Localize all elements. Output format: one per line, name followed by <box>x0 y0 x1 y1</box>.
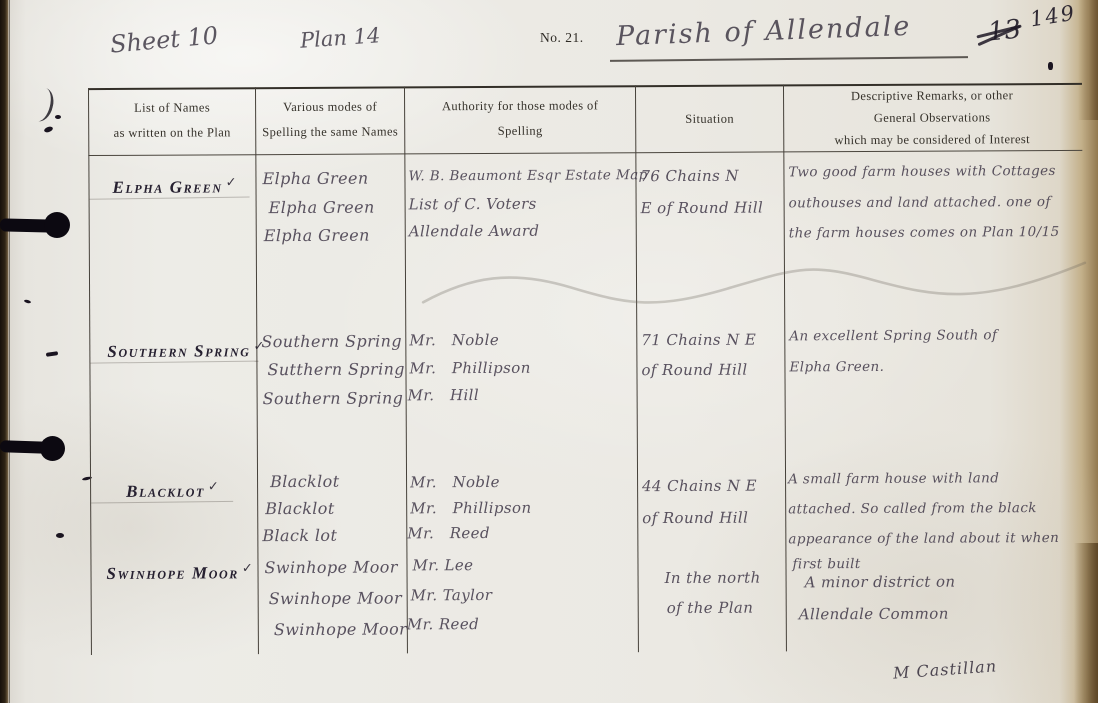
header-line: Spelling <box>408 118 632 144</box>
header-line: General Observations <box>788 107 1076 130</box>
situation-entry: 76 Chains N <box>640 167 738 186</box>
check-mark: ✓ <box>208 479 221 494</box>
authority-entry: Mr. Lee <box>412 556 473 574</box>
remarks-line: Allendale Common <box>799 605 949 624</box>
authority-entry: Mr. Phillipson <box>410 499 531 518</box>
authority-entry: Mr. Reed <box>407 615 479 633</box>
check-mark: ✓ <box>242 561 255 576</box>
spelling-entry: Black lot <box>262 526 337 545</box>
place-name: Blacklot✓ <box>126 479 220 501</box>
situation-entry: E of Round Hill <box>641 199 764 218</box>
authority-entry: Mr. Reed <box>407 524 490 542</box>
header-authority-column: Authority for those modes of Spelling <box>408 93 632 144</box>
check-mark: ✓ <box>226 175 239 190</box>
spelling-entry: Elpha Green <box>269 198 375 218</box>
remarks-line: the farm houses comes on Plan 10/15 <box>789 224 1060 241</box>
authority-entry: List of C. Voters <box>409 195 537 214</box>
spelling-entry: Blacklot <box>265 499 335 518</box>
header-line: List of Names <box>92 95 252 121</box>
remarks-line: attached. So called from the black <box>788 500 1037 517</box>
spelling-entry: Southern Spring <box>263 388 404 408</box>
situation-entry: In the north <box>665 569 761 588</box>
spelling-entry: Sutthern Spring <box>267 359 405 379</box>
authority-entry: Mr. Noble <box>410 473 500 491</box>
spelling-entry: Swinhope Moor <box>274 619 407 639</box>
spelling-entry: Swinhope Moor <box>264 557 397 577</box>
situation-entry: of the Plan <box>667 599 754 617</box>
remarks-line: Elpha Green. <box>789 359 884 375</box>
column-divider <box>783 84 787 651</box>
place-name-text: Blacklot <box>126 481 205 500</box>
header-remarks-column: Descriptive Remarks, or other General Ob… <box>788 85 1076 152</box>
situation-entry: of Round Hill <box>641 361 747 380</box>
spelling-entry: Elpha Green <box>264 226 370 246</box>
spelling-entry: Southern Spring <box>261 331 402 351</box>
header-line: Spelling the same Names <box>258 119 402 145</box>
place-name: Elpha Green✓ <box>112 175 238 198</box>
authority-entry: Mr. Noble <box>409 331 499 349</box>
situation-entry: 71 Chains N E <box>641 331 756 350</box>
remarks-line: Two good farm houses with Cottages <box>788 163 1055 180</box>
flourish-line <box>421 253 1089 316</box>
table-border-left <box>88 88 92 655</box>
situation-entry: of Round Hill <box>642 509 748 528</box>
header-line: Descriptive Remarks, or other <box>788 85 1076 108</box>
authority-entry: Allendale Award <box>409 222 540 241</box>
remarks-line: A small farm house with land <box>788 470 999 487</box>
spelling-entry: Blacklot <box>270 472 340 491</box>
authority-entry: Mr. Hill <box>408 386 480 404</box>
situation-entry: 44 Chains N E <box>642 477 757 496</box>
place-name-text: Southern Spring <box>107 341 250 361</box>
header-spelling-column: Various modes of Spelling the same Names <box>258 94 402 145</box>
name-underline <box>91 501 233 504</box>
remarks-line: An excellent Spring South of <box>789 327 997 344</box>
header-line: as written on the Plan <box>92 120 252 146</box>
name-book-table: List of Names as written on the Plan Var… <box>0 0 1098 703</box>
authority-entry: W. B. Beaumont Esqr Estate Map <box>408 167 647 184</box>
header-situation-column: Situation <box>639 106 780 132</box>
header-line: which may be considered of Interest <box>788 129 1076 152</box>
remarks-line: A minor district on <box>805 573 956 592</box>
spelling-entry: Elpha Green <box>262 169 368 189</box>
place-name-text: Swinhope Moor <box>106 563 238 583</box>
authority-entry: Mr. Phillipson <box>409 359 530 378</box>
header-line: Authority for those modes of <box>408 93 632 119</box>
place-name-text: Elpha Green <box>112 177 222 197</box>
remarks-line: appearance of the land about it when <box>788 530 1059 547</box>
authority-entry: Mr. Taylor <box>411 586 493 604</box>
remarks-line: outhouses and land attached. one of <box>789 194 1051 211</box>
place-name: Swinhope Moor✓ <box>106 561 254 584</box>
column-divider <box>255 87 259 654</box>
header-line: Various modes of <box>258 94 402 120</box>
header-line: Situation <box>639 106 780 132</box>
spelling-entry: Swinhope Moor <box>269 588 402 608</box>
place-name: Southern Spring✓ <box>107 339 266 362</box>
header-names-column: List of Names as written on the Plan <box>92 95 252 146</box>
remarks-line: first built <box>792 556 860 572</box>
scanned-document-page: Sheet 10 Plan 14 No. 21. Parish of Allen… <box>0 0 1098 703</box>
